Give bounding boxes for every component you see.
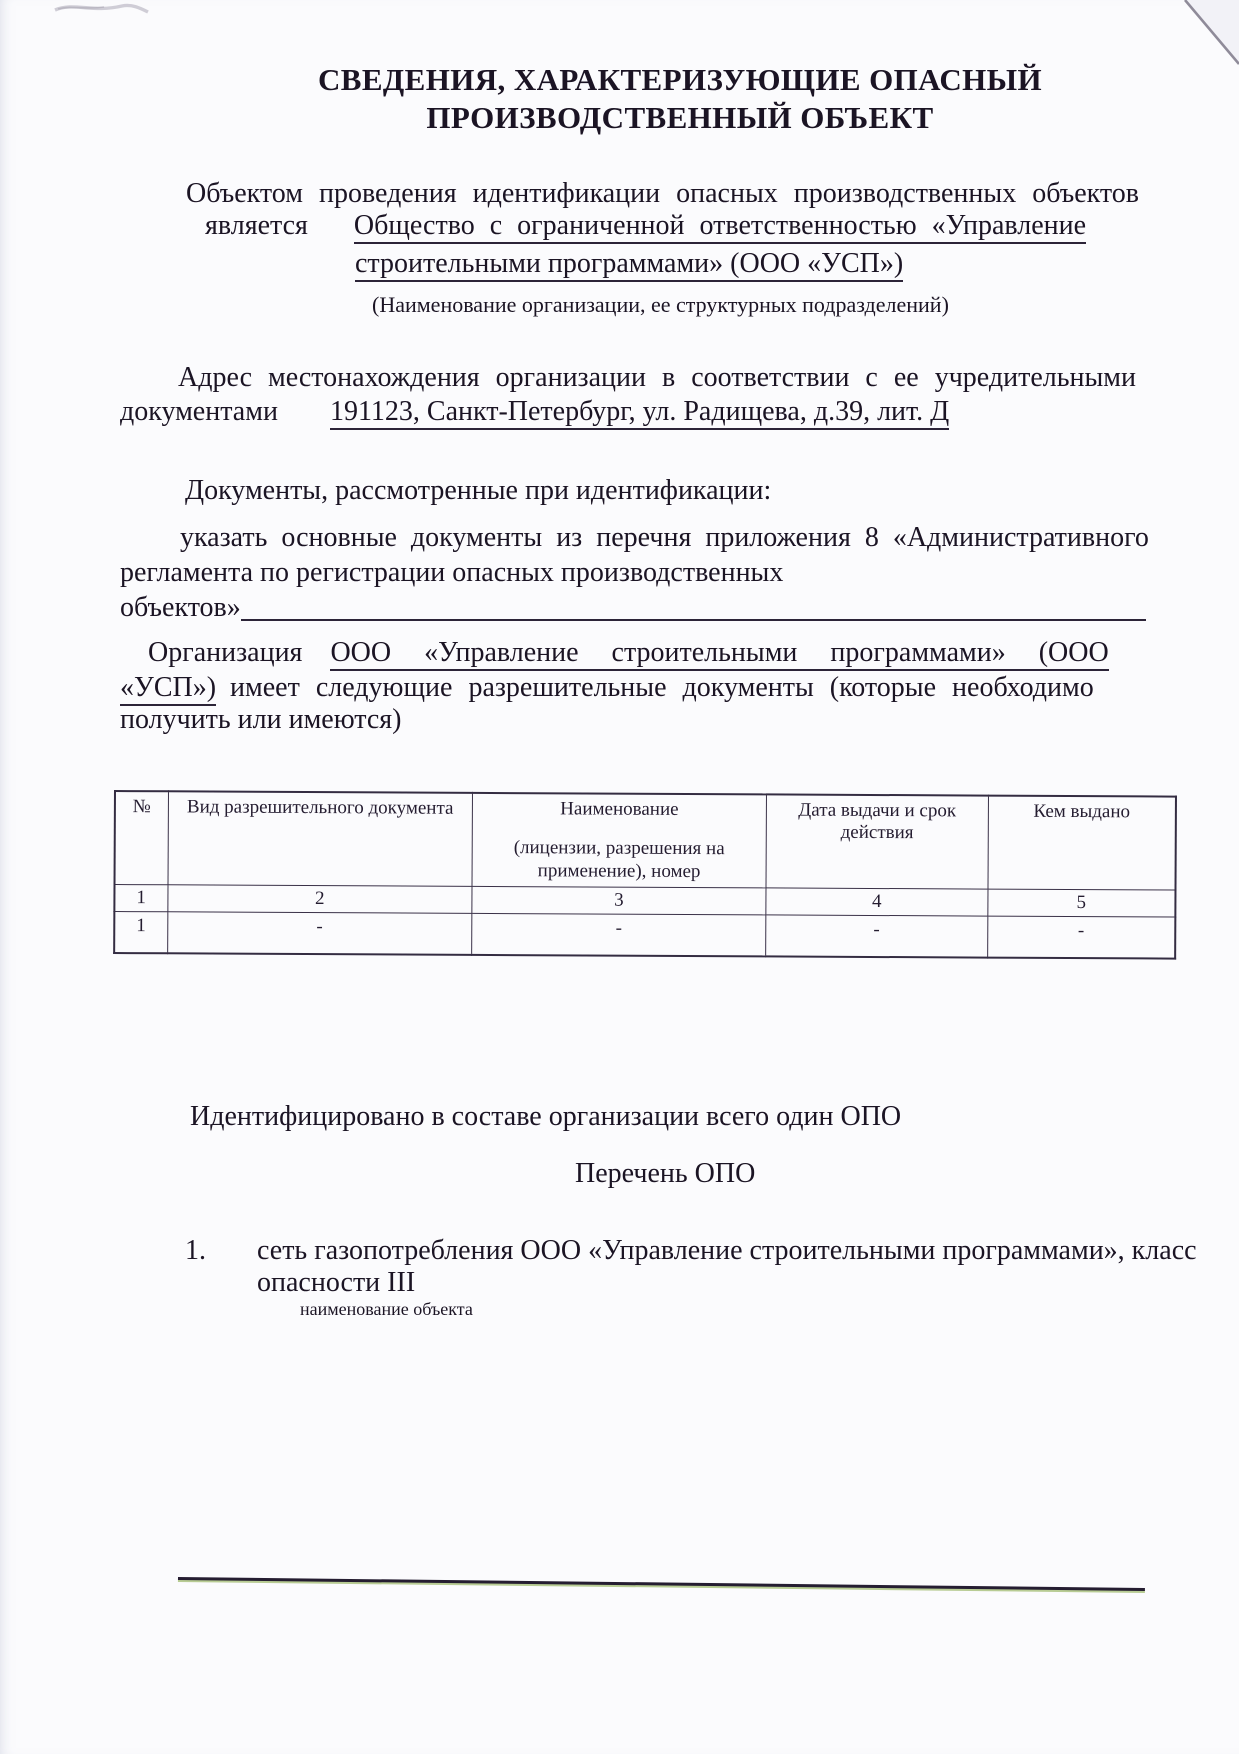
blank-fill-underline: [241, 593, 1146, 621]
permits-table-wrap: № Вид разрешительного документа Наименов…: [113, 790, 1177, 960]
reviewed-documents-hint-line2: регламента по регистрации опасных произв…: [120, 556, 783, 590]
address-prefix: документами: [120, 396, 278, 427]
header-cell-date: Дата выдачи и срок действия: [766, 794, 988, 889]
header-cell-issuer: Кем выдано: [988, 796, 1176, 890]
organization-permits-line3: получить или имеются): [120, 703, 402, 737]
data-cell: -: [167, 912, 472, 955]
permits-table: № Вид разрешительного документа Наименов…: [113, 790, 1177, 960]
bottom-horizontal-rule: [178, 1577, 1145, 1591]
opo-list-item-caption: наименование объекта: [300, 1299, 473, 1320]
opo-list-heading: Перечень ОПО: [575, 1157, 755, 1191]
column-number-cell: 3: [472, 886, 766, 915]
permits-table-data-row: 1 - - - -: [114, 912, 1175, 959]
organization-name-underlined: Общество с ограниченной ответственностью…: [354, 210, 1086, 244]
column-number-cell: 2: [167, 885, 472, 914]
organization-permits-line1: ОрганизацияООО «Управление строительными…: [148, 636, 1109, 670]
opo-list-item-name-line1: сеть газопотребления ООО «Управление стр…: [257, 1234, 1197, 1268]
organization-abbr-underlined: «УСП»): [120, 672, 216, 706]
column-number-cell: 4: [766, 888, 988, 916]
organization-label: Организация: [148, 637, 302, 668]
reviewed-documents-hint-line1: указать основные документы из перечня пр…: [180, 521, 1149, 555]
opo-list-item-name-line2: опасности III: [257, 1266, 415, 1300]
header-cell-name: Наименование (лицензии, разрешения на пр…: [472, 793, 766, 888]
address-line1: Адрес местонахождения организации в соот…: [178, 361, 1136, 395]
opo-list-item-number: 1.: [185, 1234, 206, 1268]
header-cell-number: №: [115, 791, 169, 885]
address-value-underlined: 191123, Санкт-Петербург, ул. Радищева, д…: [330, 396, 949, 430]
organization-name-underlined-2: строительными программами» (ООО «УСП»): [355, 248, 903, 282]
document-title-line2: ПРОИЗВОДСТВЕННЫЙ ОБЪЕКТ: [150, 100, 1210, 136]
hint-line3-text: объектов»: [120, 592, 241, 623]
identification-object-prefix: является: [205, 210, 308, 241]
address-line2: документами191123, Санкт-Петербург, ул. …: [120, 395, 949, 429]
column-number-cell: 5: [988, 889, 1176, 917]
staple-smudge-mark: [52, 0, 152, 18]
permits-table-header-row: № Вид разрешительного документа Наименов…: [115, 791, 1176, 890]
identified-summary-line: Идентифицировано в составе организации в…: [190, 1100, 901, 1134]
data-cell: -: [766, 915, 988, 958]
organization-name-caption: (Наименование организации, ее структурны…: [372, 292, 949, 318]
identification-object-line2: являетсяОбщество с ограниченной ответств…: [205, 209, 1086, 243]
organization-permits-name-underlined: ООО «Управление строительными программам…: [330, 637, 1108, 671]
header-cell-doc-type: Вид разрешительного документа: [168, 791, 473, 886]
page-corner-fold: [1167, 0, 1239, 70]
data-cell: -: [987, 916, 1175, 958]
identification-object-line3: строительными программами» (ООО «УСП»): [355, 247, 903, 281]
header-name-sub: (лицензии, разрешения на применение), но…: [479, 836, 760, 883]
organization-permits-line2-rest: имеет следующие разрешительные документы…: [230, 672, 1094, 703]
scanned-document-page: СВЕДЕНИЯ, ХАРАКТЕРИЗУЮЩИЕ ОПАСНЫЙ ПРОИЗВ…: [0, 0, 1239, 1754]
document-title-line1: СВЕДЕНИЯ, ХАРАКТЕРИЗУЮЩИЕ ОПАСНЫЙ: [150, 62, 1210, 98]
column-number-cell: 1: [114, 885, 167, 912]
organization-permits-line2: «УСП»)имеет следующие разрешительные док…: [120, 671, 1094, 705]
reviewed-documents-heading: Документы, рассмотренные при идентификац…: [185, 474, 771, 508]
header-name-main: Наименование: [560, 798, 678, 820]
data-cell: 1: [114, 912, 167, 954]
reviewed-documents-hint-line3: объектов»: [120, 588, 1146, 625]
data-cell: -: [472, 913, 766, 956]
identification-object-line1: Объектом проведения идентификации опасны…: [186, 177, 1139, 211]
